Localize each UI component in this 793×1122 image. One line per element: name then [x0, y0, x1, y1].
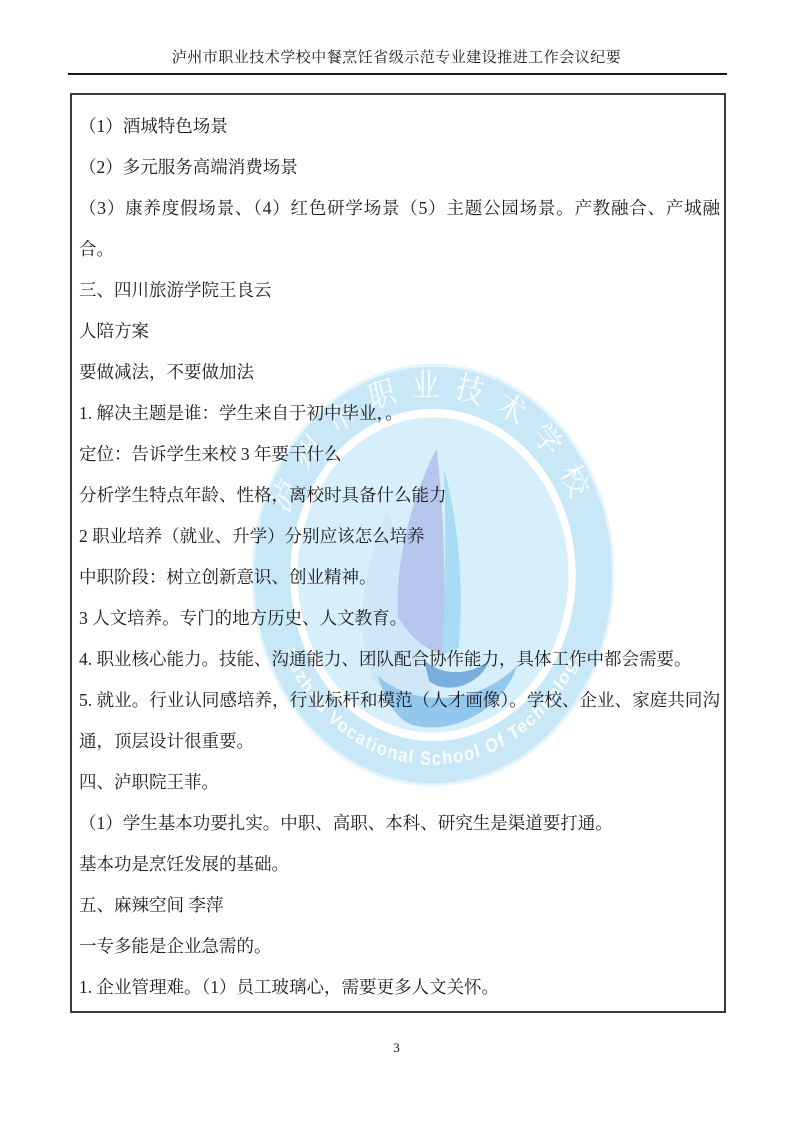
- page-number: 3: [0, 1040, 793, 1056]
- paragraph: 一专多能是企业急需的。: [79, 926, 720, 967]
- paragraph: 要做减法，不要做加法: [79, 352, 720, 393]
- paragraph: 五、麻辣空间 李萍: [79, 885, 720, 926]
- paragraph: （3）康养度假场景、（4）红色研学场景（5）主题公园场景。产教融合、产城融合。: [79, 188, 720, 270]
- paragraph: 定位：告诉学生来校 3 年要干什么: [79, 434, 720, 475]
- header-rule: [68, 73, 727, 75]
- paragraph: 1. 企业管理难。（1）员工玻璃心，需要更多人文关怀。: [79, 967, 720, 1008]
- header-title: 泸州市职业技术学校中餐烹饪省级示范专业建设推进工作会议纪要: [0, 46, 793, 67]
- paragraph: 基本功是烹饪发展的基础。: [79, 844, 720, 885]
- paragraph: 4. 职业核心能力。技能、沟通能力、团队配合协作能力，具体工作中都会需要。: [79, 639, 720, 680]
- paragraph: 四、泸职院王菲。: [79, 762, 720, 803]
- document-page: 泸州市职业技术学校中餐烹饪省级示范专业建设推进工作会议纪要 泸州市职业技术学校 …: [0, 0, 793, 1122]
- paragraph: 2 职业培养（就业、升学）分别应该怎么培养: [79, 516, 720, 557]
- paragraph: 人陪方案: [79, 311, 720, 352]
- paragraph: 5. 就业。行业认同感培养，行业标杆和模范（人才画像）。学校、企业、家庭共同沟通…: [79, 680, 720, 762]
- paragraph: （2）多元服务高端消费场景: [79, 147, 720, 188]
- paragraph: 中职阶段：树立创新意识、创业精神。: [79, 557, 720, 598]
- paragraph: （1）酒城特色场景: [79, 106, 720, 147]
- minutes-table: （1）酒城特色场景 （2）多元服务高端消费场景 （3）康养度假场景、（4）红色研…: [70, 93, 726, 1013]
- paragraph: （1）学生基本功要扎实。中职、高职、本科、研究生是渠道要打通。: [79, 803, 720, 844]
- paragraph: 分析学生特点年龄、性格，离校时具备什么能力: [79, 475, 720, 516]
- paragraph: 三、四川旅游学院王良云: [79, 270, 720, 311]
- paragraph: 3 人文培养。专门的地方历史、人文教育。: [79, 598, 720, 639]
- paragraph: 1. 解决主题是谁：学生来自于初中毕业，。: [79, 393, 720, 434]
